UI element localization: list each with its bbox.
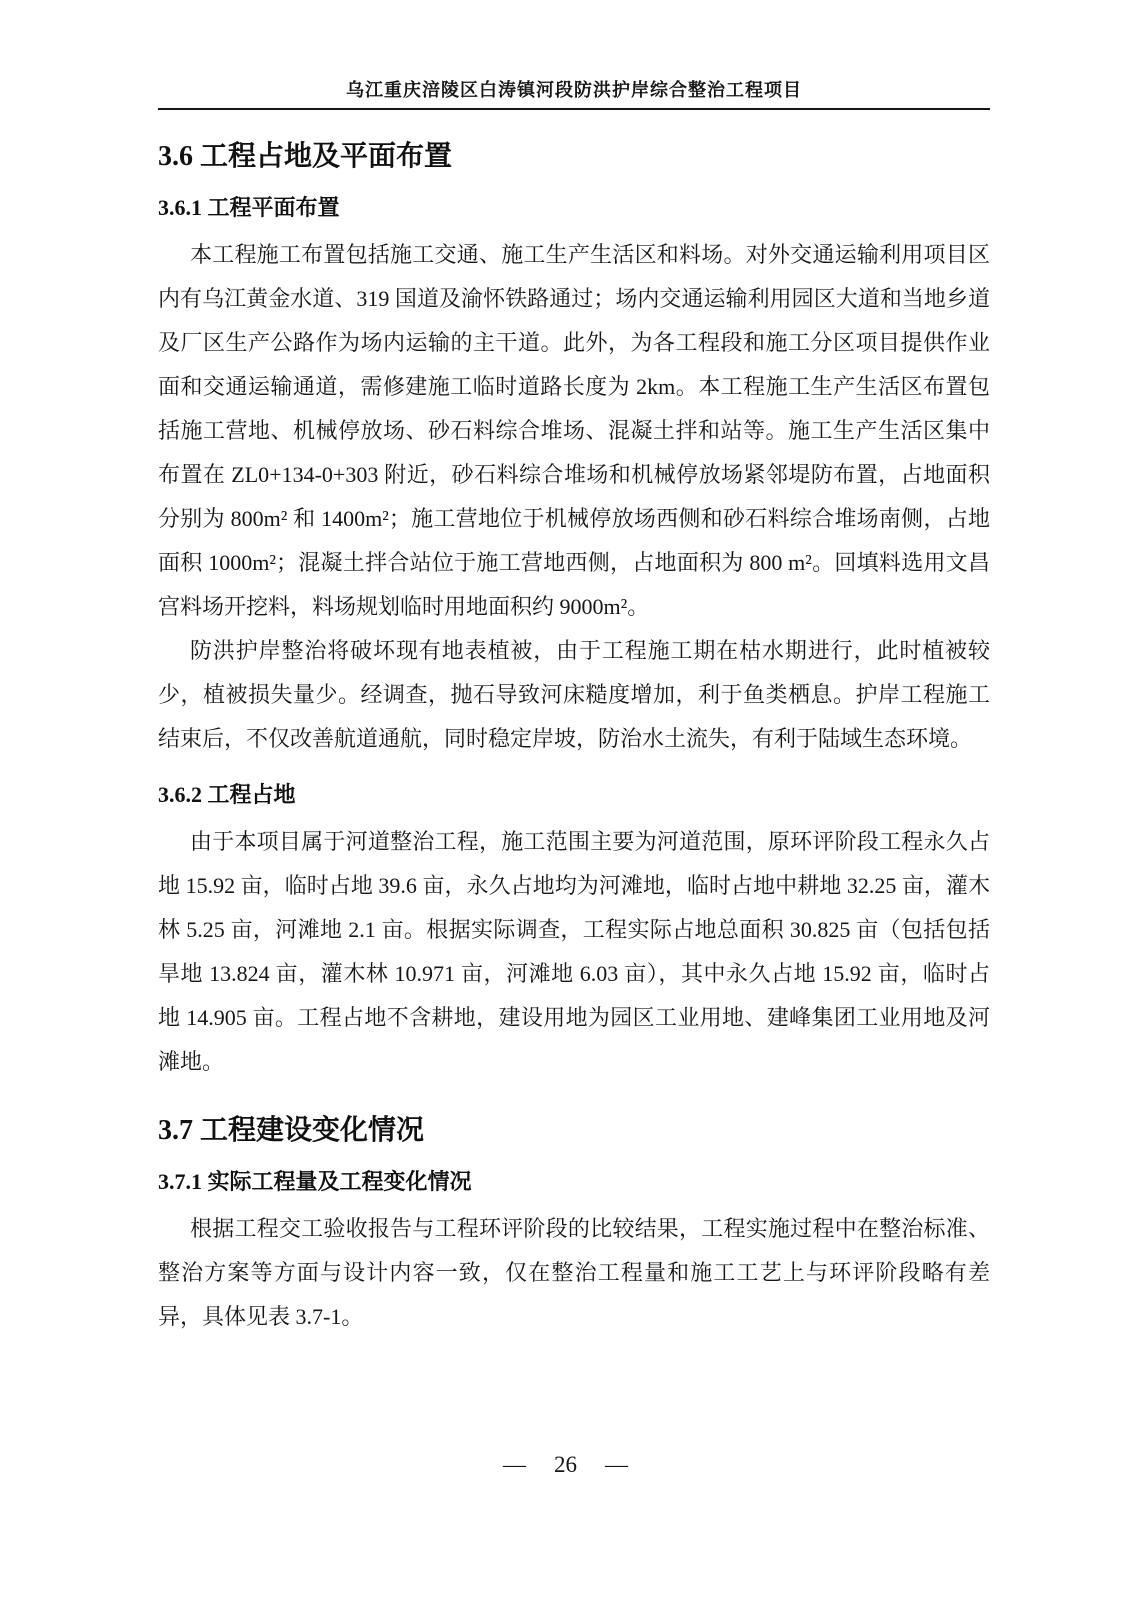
document-body: 3.6 工程占地及平面布置 3.6.1 工程平面布置 本工程施工布置包括施工交通… [158, 140, 990, 1339]
heading-3-6-2: 3.6.2 工程占地 [158, 781, 990, 808]
paragraph-vegetation-impact: 防洪护岸整治将破坏现有地表植被，由于工程施工期在枯水期进行，此时植被较少，植被损… [158, 629, 990, 761]
page-number: 26 [554, 1452, 577, 1478]
heading-3-6: 3.6 工程占地及平面布置 [158, 140, 990, 174]
paragraph-project-changes: 根据工程交工验收报告与工程环评阶段的比较结果，工程实施过程中在整治标准、整治方案… [158, 1207, 990, 1339]
paragraph-land-occupation: 由于本项目属于河道整治工程，施工范围主要为河道范围，原环评阶段工程永久占地 15… [158, 820, 990, 1084]
heading-3-6-1: 3.6.1 工程平面布置 [158, 194, 990, 221]
document-page: 乌江重庆涪陵区白涛镇河段防洪护岸综合整治工程项目 3.6 工程占地及平面布置 3… [0, 0, 1131, 1600]
footer-dash-left: — [503, 1452, 526, 1478]
footer-dash-right: — [605, 1452, 628, 1478]
heading-3-7: 3.7 工程建设变化情况 [158, 1114, 990, 1148]
page-footer: — 26 — [0, 1452, 1131, 1478]
paragraph-construction-layout: 本工程施工布置包括施工交通、施工生产生活区和料场。对外交通运输利用项目区内有乌江… [158, 233, 990, 629]
heading-3-7-1: 3.7.1 实际工程量及工程变化情况 [158, 1168, 990, 1195]
page-header: 乌江重庆涪陵区白涛镇河段防洪护岸综合整治工程项目 [158, 0, 990, 110]
running-header-title: 乌江重庆涪陵区白涛镇河段防洪护岸综合整治工程项目 [158, 76, 990, 102]
